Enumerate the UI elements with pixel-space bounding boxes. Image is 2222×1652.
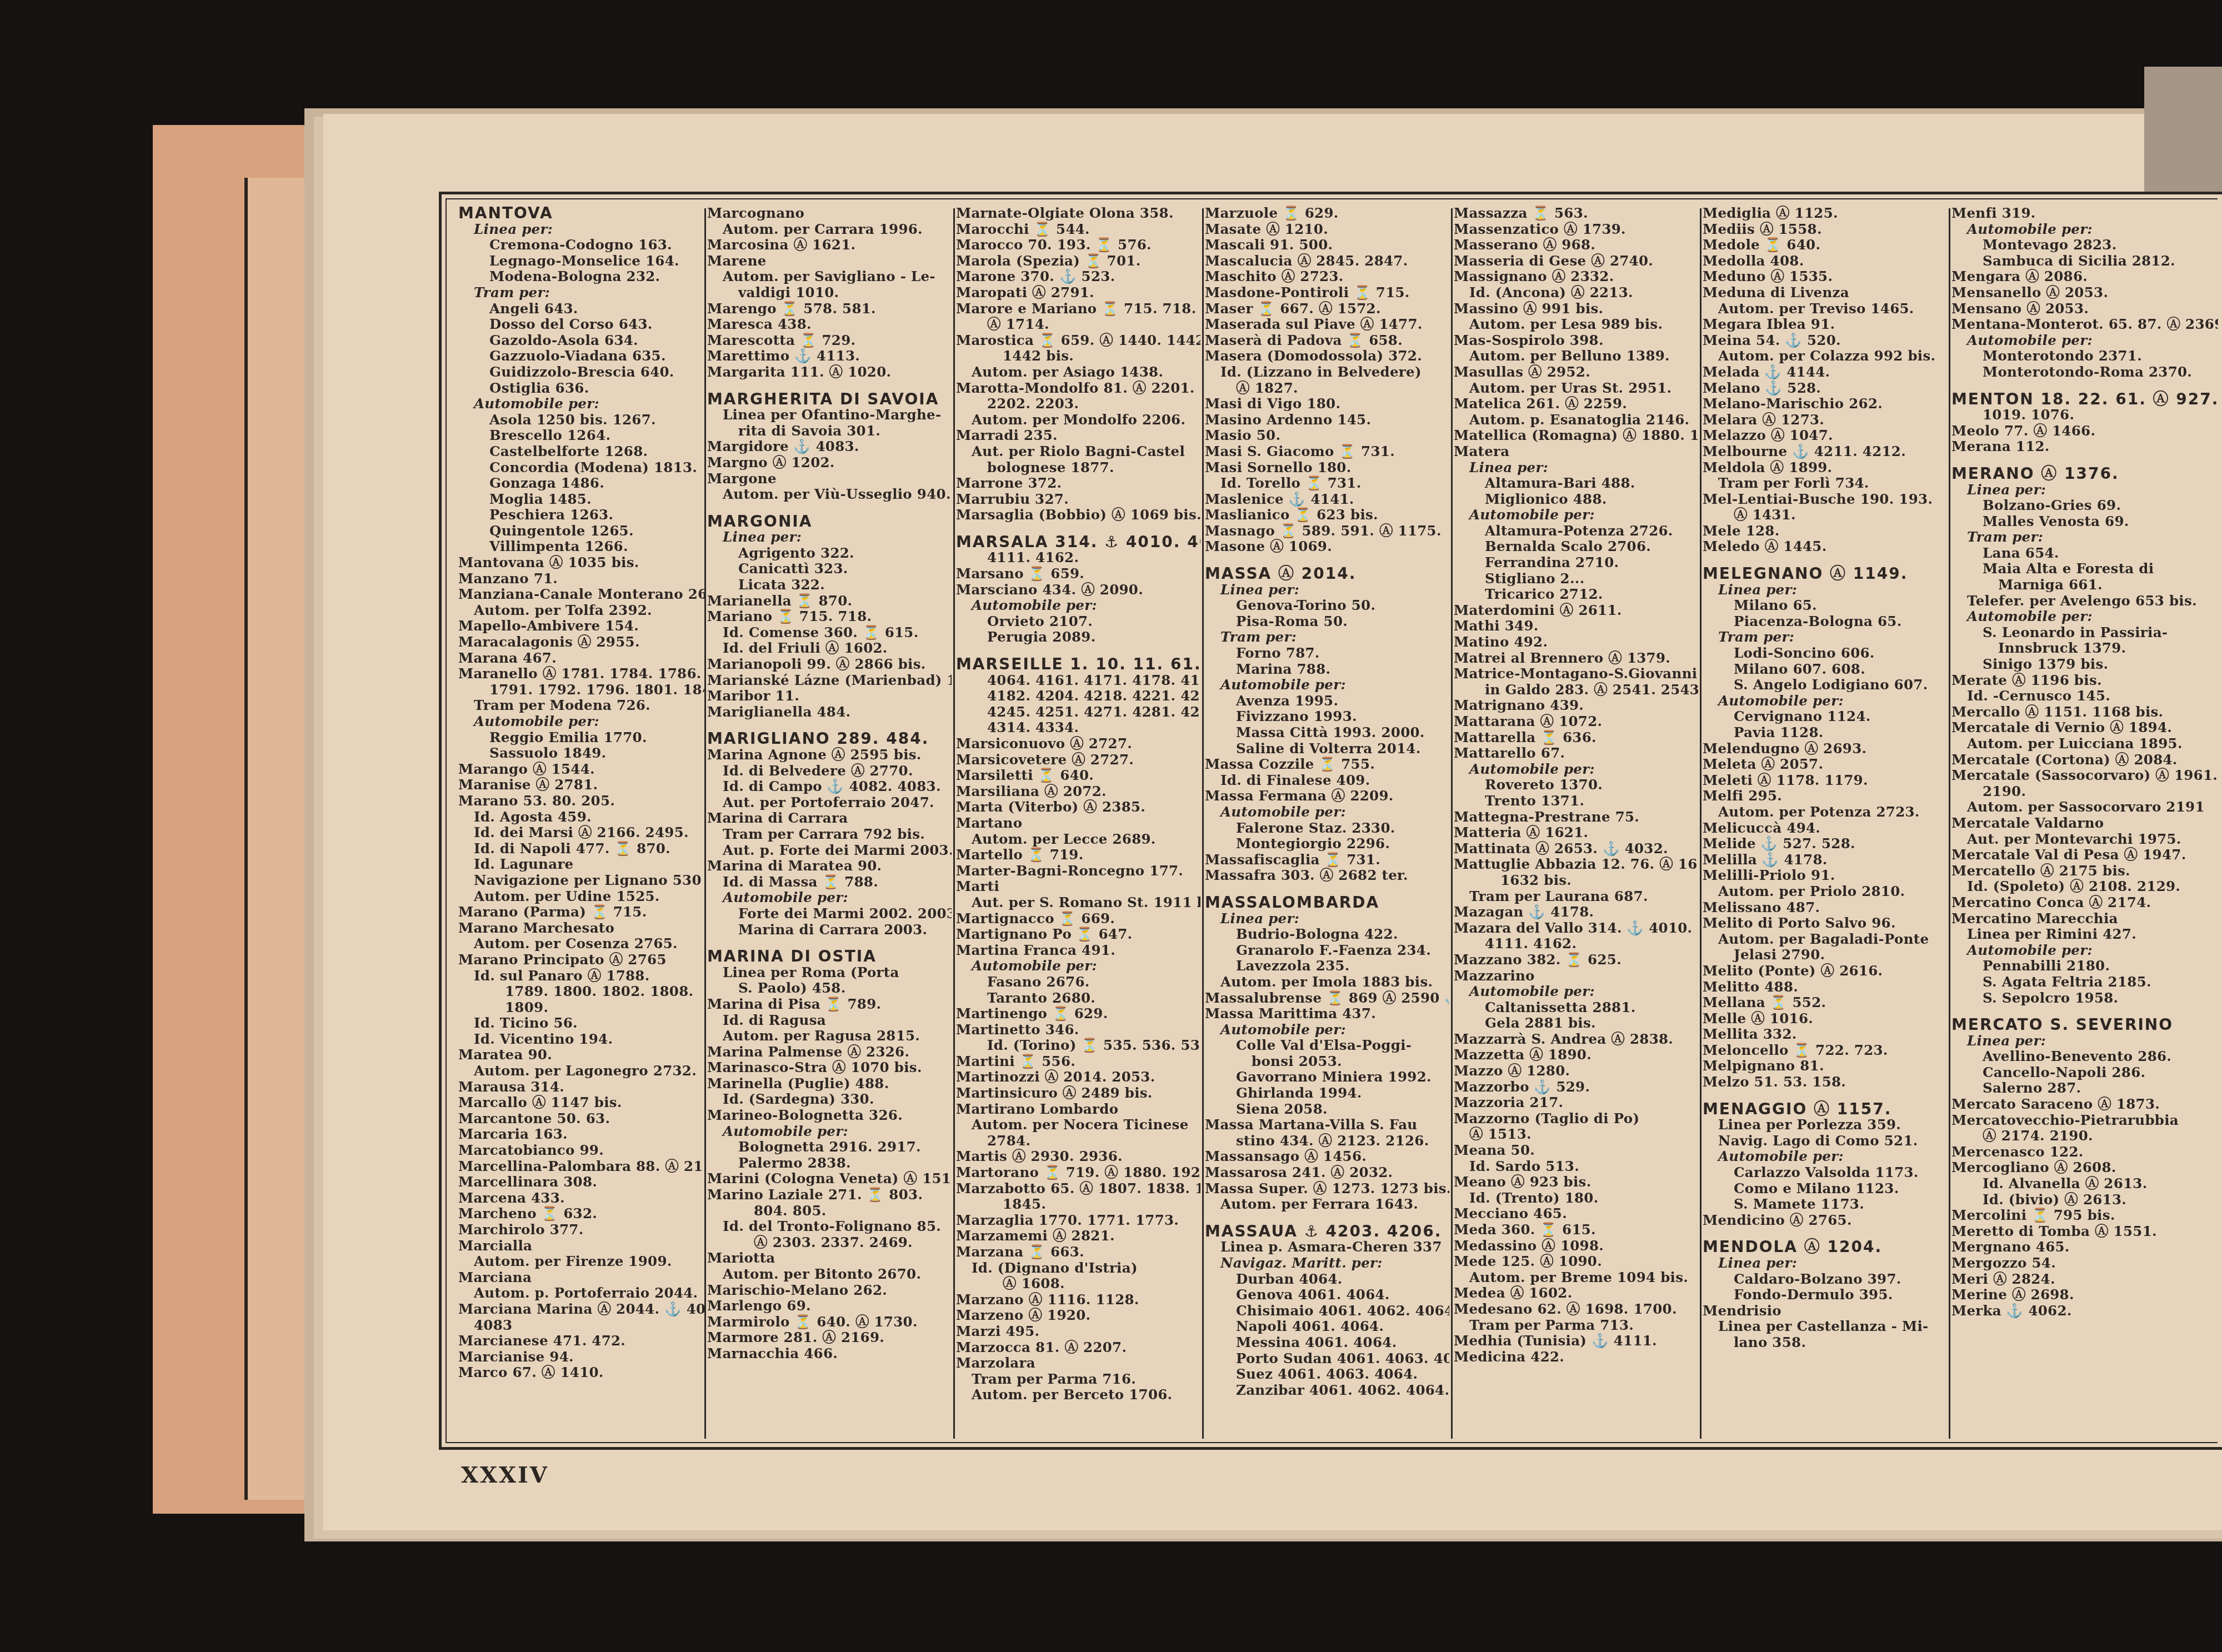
index-entry: Meleta Ⓐ 2057. xyxy=(1703,757,1947,773)
index-entry: Mercatale di Vernio Ⓐ 1894. xyxy=(1951,720,2218,736)
index-entry: Marinella (Puglie) 488. xyxy=(707,1076,952,1092)
index-entry: lano 358. xyxy=(1703,1335,1947,1351)
index-entry: Guidizzolo-Brescia 640. xyxy=(458,364,705,381)
index-entry: Martinetto 346. xyxy=(956,1022,1200,1038)
index-entry: Medhia (Tunisia) ⚓ 4111. xyxy=(1454,1333,1698,1349)
index-entry: Milano 607. 608. xyxy=(1703,662,1947,678)
index-entry: Id. di Massa ⏳ 788. xyxy=(707,874,952,890)
index-entry: Mercallo Ⓐ 1151. 1168 bis. xyxy=(1951,704,2218,720)
index-entry: Linea per: xyxy=(1454,460,1698,476)
index-entry: Aut. per Montevarchi 1975. xyxy=(1951,832,2218,848)
index-column-6: Mediglia Ⓐ 1125.Mediis Ⓐ 1558.Medole ⏳ 6… xyxy=(1703,206,1947,1441)
index-entry: Martirano Lombardo xyxy=(956,1102,1200,1118)
index-entry: Automobile per: xyxy=(707,890,952,906)
index-entry: Id. dei Marsi Ⓐ 2166. 2495. xyxy=(458,825,705,841)
index-entry: Lavezzola 235. xyxy=(1205,958,1449,974)
index-entry: Id. (Lizzano in Belvedere) xyxy=(1205,364,1449,381)
index-entry: Monterotondo 2371. xyxy=(1951,348,2218,364)
index-entry: Automobile per: xyxy=(1454,762,1698,778)
index-entry: Bernalda Scalo 2706. xyxy=(1454,539,1698,555)
index-entry: Martignacco ⏳ 669. xyxy=(956,911,1200,927)
index-heading: MASSAUA ⚓ 4203. 4206. xyxy=(1205,1224,1449,1240)
index-entry: Id. di Belvedere Ⓐ 2770. xyxy=(707,763,952,779)
index-heading: MENDOLA Ⓐ 1204. xyxy=(1703,1239,1947,1255)
index-entry: Meina 54. ⚓ 520. xyxy=(1703,333,1947,349)
index-entry: Mensano Ⓐ 2053. xyxy=(1951,301,2218,317)
index-entry: Autom. per Savigliano - Le- xyxy=(707,269,952,285)
index-entry: Rovereto 1370. xyxy=(1454,777,1698,793)
index-entry: Marone 370. ⚓ 523. xyxy=(956,269,1200,285)
index-entry: Maranello Ⓐ 1781. 1784. 1786. xyxy=(458,666,705,682)
index-entry: Marzaglia 1770. 1771. 1773. xyxy=(956,1213,1200,1229)
index-entry: Melilla ⚓ 4178. xyxy=(1703,852,1947,868)
index-entry: Sassuolo 1849. xyxy=(458,745,705,762)
index-entry: Agrigento 322. xyxy=(707,545,952,562)
index-entry: Linea per Castellanza - Mi- xyxy=(1703,1319,1947,1335)
index-entry: Siena 2058. xyxy=(1205,1102,1449,1118)
index-entry: 1809. xyxy=(458,1000,705,1016)
index-entry: Pisa-Roma 50. xyxy=(1205,614,1449,630)
index-entry: Lana 654. xyxy=(1951,545,2218,562)
index-entry: Cremona-Codogno 163. xyxy=(458,237,705,253)
index-heading: MASSA Ⓐ 2014. xyxy=(1205,566,1449,582)
index-entry: Marini (Cologna Veneta) Ⓐ 1511 xyxy=(707,1171,952,1187)
index-entry: Autom. per Uras St. 2951. xyxy=(1454,381,1698,397)
index-entry: bolognese 1877. xyxy=(956,460,1200,476)
index-entry: Mattuglie Abbazia 12. 76. Ⓐ 1621. xyxy=(1454,857,1698,873)
index-entry: Marcellinara 308. xyxy=(458,1174,705,1190)
index-entry: Marina Agnone Ⓐ 2595 bis. xyxy=(707,747,952,763)
index-entry: Peschiera 1263. xyxy=(458,507,705,523)
index-entry: Carlazzo Valsolda 1173. xyxy=(1703,1165,1947,1181)
index-entry: Massarosa 241. Ⓐ 2032. xyxy=(1205,1165,1449,1181)
index-entry: Marano 53. 80. 205. xyxy=(458,793,705,809)
index-entry: Angeli 643. xyxy=(458,301,705,317)
index-entry: Salerno 287. xyxy=(1951,1080,2218,1097)
index-entry: Marianopoli 99. Ⓐ 2866 bis. xyxy=(707,657,952,673)
index-entry: Autom. per Asiago 1438. xyxy=(956,364,1200,381)
index-entry: Mas-Sospirolo 398. xyxy=(1454,333,1698,349)
index-entry: Marocco 70. 193. ⏳ 576. xyxy=(956,237,1200,253)
index-entry: Ⓐ 2303. 2337. 2469. xyxy=(707,1235,952,1251)
index-entry: Tram per: xyxy=(458,285,705,301)
index-entry: Automobile per: xyxy=(1951,609,2218,625)
index-entry: Mattegna-Prestrane 75. xyxy=(1454,809,1698,825)
index-entry: Marettimo ⚓ 4113. xyxy=(707,348,952,364)
index-entry: Meretto di Tomba Ⓐ 1551. xyxy=(1951,1224,2218,1240)
index-entry: Mecciano 465. xyxy=(1454,1206,1698,1222)
index-entry: Tram per Parma 716. xyxy=(956,1371,1200,1388)
index-entry: 4111. 4162. xyxy=(956,550,1200,566)
index-entry: Massa Marittima 437. xyxy=(1205,1006,1449,1022)
index-entry: Gonzaga 1486. xyxy=(458,475,705,492)
index-entry: Autom. per Colazza 992 bis. xyxy=(1703,348,1947,364)
index-entry: Marano Marchesato xyxy=(458,920,705,937)
index-entry: Navigazione per Lignano 530 xyxy=(458,873,705,889)
index-entry: Matrice-Montagano-S.Giovanni xyxy=(1454,666,1698,682)
index-entry: Masi Sornello 180. xyxy=(1205,460,1449,476)
index-entry: Autom. per Treviso 1465. xyxy=(1703,301,1947,317)
index-entry: Maserà di Padova ⏳ 658. xyxy=(1205,333,1449,349)
column-divider xyxy=(1202,208,1204,1439)
index-entry: Martis Ⓐ 2930. 2936. xyxy=(956,1149,1200,1165)
index-entry: Brescello 1264. xyxy=(458,428,705,444)
index-entry: 1019. 1076. xyxy=(1951,407,2218,423)
index-entry: Massignano Ⓐ 2332. xyxy=(1454,269,1698,285)
index-entry: Villimpenta 1266. xyxy=(458,539,705,555)
index-entry: Mel-Lentiai-Busche 190. 193. xyxy=(1703,492,1947,508)
index-entry: Masullas Ⓐ 2952. xyxy=(1454,364,1698,381)
column-divider xyxy=(1451,208,1453,1439)
index-entry: Meduno Ⓐ 1535. xyxy=(1703,269,1947,285)
index-entry: Linea per: xyxy=(458,222,705,238)
index-entry: Autom. per Potenza 2723. xyxy=(1703,804,1947,820)
index-entry: Autom. per Berceto 1706. xyxy=(956,1387,1200,1403)
index-entry: Marradi 235. xyxy=(956,428,1200,444)
index-entry: S. Paolo) 458. xyxy=(707,980,952,997)
index-entry: Linea per: xyxy=(1205,582,1449,598)
index-entry: Castelbelforte 1268. xyxy=(458,444,705,460)
index-entry: Pavia 1128. xyxy=(1703,725,1947,741)
index-entry: Mattarella ⏳ 636. xyxy=(1454,730,1698,746)
column-divider xyxy=(1700,208,1701,1439)
index-entry: Ⓐ 2174. 2190. xyxy=(1951,1128,2218,1144)
index-column-3: Marnate-Olgiate Olona 358.Marocchi ⏳ 544… xyxy=(956,206,1200,1441)
index-entry: Maratea 90. xyxy=(458,1047,705,1063)
index-entry: Marzocca 81. Ⓐ 2207. xyxy=(956,1340,1200,1356)
index-entry: Id. di Napoli 477. ⏳ 870. xyxy=(458,841,705,857)
index-entry: Autom. per Firenze 1909. xyxy=(458,1254,705,1270)
index-entry: Bolognetta 2916. 2917. xyxy=(707,1139,952,1155)
index-entry: Manziana-Canale Monterano 268. xyxy=(458,587,705,603)
index-entry: Navig. Lago di Como 521. xyxy=(1703,1133,1947,1149)
index-entry: Marinasco-Stra Ⓐ 1070 bis. xyxy=(707,1060,952,1076)
index-entry: Marengo ⏳ 578. 581. xyxy=(707,301,952,317)
index-entry: Autom. per Viù-Usseglio 940. xyxy=(707,487,952,503)
index-entry: Montevago 2823. xyxy=(1951,237,2218,253)
index-entry: Masdone-Pontiroli ⏳ 715. xyxy=(1205,285,1449,301)
index-entry: Marciana xyxy=(458,1270,705,1286)
index-entry: Mercatale (Cortona) Ⓐ 2084. xyxy=(1951,752,2218,768)
index-entry: Mendrisio xyxy=(1703,1303,1947,1319)
index-heading: MARIGLIANO 289. 484. xyxy=(707,731,952,747)
index-entry: Automobile per: xyxy=(1703,1149,1947,1165)
index-entry: Linea per: xyxy=(1703,582,1947,598)
index-entry: Mercenasco 122. xyxy=(1951,1144,2218,1160)
index-entry: Marsaglia (Bobbio) Ⓐ 1069 bis. 1070. xyxy=(956,507,1200,523)
index-entry: Massazza ⏳ 563. xyxy=(1454,206,1698,222)
index-entry: rita di Savoia 301. xyxy=(707,423,952,439)
index-entry: Autom. per Breme 1094 bis. xyxy=(1454,1270,1698,1286)
index-entry: Masera (Domodossola) 372. xyxy=(1205,348,1449,364)
index-entry: Marzuole ⏳ 629. xyxy=(1205,206,1449,222)
index-entry: Marzamemi Ⓐ 2821. xyxy=(956,1228,1200,1244)
index-entry: Marsano ⏳ 659. xyxy=(956,566,1200,582)
index-entry: Mediis Ⓐ 1558. xyxy=(1703,222,1947,238)
index-entry: Melbourne ⚓ 4211. 4212. xyxy=(1703,444,1947,460)
index-entry: Linea per: xyxy=(1703,1255,1947,1271)
index-entry: Automobile per: xyxy=(956,598,1200,614)
index-entry: Medea Ⓐ 1602. xyxy=(1454,1285,1698,1301)
index-entry: Concordia (Modena) 1813. xyxy=(458,460,705,476)
index-entry: S. Leonardo in Passiria- xyxy=(1951,625,2218,641)
index-entry: Mele 128. xyxy=(1703,523,1947,539)
index-entry: Pennabilli 2180. xyxy=(1951,958,2218,974)
index-entry: Marescotta ⏳ 729. xyxy=(707,333,952,349)
index-entry: Matelica 261. Ⓐ 2259. xyxy=(1454,396,1698,412)
index-entry: Linea per: xyxy=(1951,482,2218,498)
index-entry: Mazzorno (Taglio di Po) xyxy=(1454,1111,1698,1127)
index-entry: Margarita 111. Ⓐ 1020. xyxy=(707,364,952,381)
index-entry: Melito di Porto Salvo 96. xyxy=(1703,915,1947,932)
index-entry: S. Agata Feltria 2185. xyxy=(1951,974,2218,990)
index-entry: Automobile per: xyxy=(458,714,705,730)
index-entry: Melissano 487. xyxy=(1703,900,1947,916)
index-entry: Marchirolo 377. xyxy=(458,1222,705,1238)
index-entry: stino 434. Ⓐ 2123. 2126. xyxy=(1205,1133,1449,1149)
index-entry: Massa Martana-Villa S. Fau xyxy=(1205,1117,1449,1133)
index-entry: Id. Alvanella Ⓐ 2613. xyxy=(1951,1176,2218,1192)
index-entry: Autom. per Nocera Ticinese xyxy=(956,1117,1200,1133)
index-column-7: Menfi 319.Automobile per:Montevago 2823.… xyxy=(1951,206,2218,1441)
index-entry: Marzolara xyxy=(956,1355,1200,1371)
index-entry: Melendugno Ⓐ 2693. xyxy=(1703,741,1947,757)
index-entry: Gazzuolo-Viadana 635. xyxy=(458,348,705,364)
index-entry: Marsicovetere Ⓐ 2727. xyxy=(956,752,1200,768)
index-entry: Autom. per Lesa 989 bis. xyxy=(1454,317,1698,333)
index-entry: Porto Sudan 4061. 4063. 4064 xyxy=(1205,1351,1449,1367)
index-entry: Ⓐ 1513. xyxy=(1454,1127,1698,1143)
index-entry: Mattarana Ⓐ 1072. xyxy=(1454,714,1698,730)
index-entry: Avellino-Benevento 286. xyxy=(1951,1049,2218,1065)
index-entry: Marausa 314. xyxy=(458,1079,705,1095)
index-entry: Trento 1371. xyxy=(1454,793,1698,809)
index-entry: Moglia 1485. xyxy=(458,492,705,508)
index-entry: Messina 4061. 4064. xyxy=(1205,1335,1449,1351)
index-entry: Mattarello 67. xyxy=(1454,745,1698,762)
index-entry: Innsbruck 1379. xyxy=(1951,640,2218,657)
index-entry: Marti xyxy=(956,879,1200,895)
index-entry: Id. -Cernusco 145. xyxy=(1951,688,2218,704)
index-entry: Marcianise 94. xyxy=(458,1349,705,1365)
index-heading: MANTOVA xyxy=(458,206,705,222)
index-entry: Napoli 4061. 4064. xyxy=(1205,1319,1449,1335)
index-entry: Masi S. Giacomo ⏳ 731. xyxy=(1205,444,1449,460)
index-entry: Durban 4064. xyxy=(1205,1271,1449,1288)
index-entry: Como e Milano 1123. xyxy=(1703,1181,1947,1197)
index-entry: Canicattì 323. xyxy=(707,561,952,577)
index-entry: Maranise Ⓐ 2781. xyxy=(458,777,705,793)
index-entry: Marana 467. xyxy=(458,650,705,667)
index-entry: Automobile per: xyxy=(1951,333,2218,349)
index-heading: MARGONIA xyxy=(707,514,952,530)
index-entry: Marcianese 471. 472. xyxy=(458,1333,705,1349)
index-entry: Telefer. per Avelengo 653 bis. xyxy=(1951,593,2218,609)
index-entry: Marcantone 50. 63. xyxy=(458,1111,705,1127)
index-entry: Tram per Laurana 687. xyxy=(1454,889,1698,905)
index-entry: 2784. xyxy=(956,1133,1200,1149)
index-entry: Stigliano 2... xyxy=(1454,571,1698,587)
index-entry: Marta (Viterbo) Ⓐ 2385. xyxy=(956,799,1200,815)
index-entry: Mascalucia Ⓐ 2845. 2847. xyxy=(1205,253,1449,269)
index-entry: Chisimaio 4061. 4062. 4064. xyxy=(1205,1303,1449,1319)
index-entry: Materdomini Ⓐ 2611. xyxy=(1454,603,1698,619)
index-entry: Marocchi ⏳ 544. xyxy=(956,222,1200,238)
index-entry: Id. Lagunare xyxy=(458,857,705,873)
index-entry: Marcialla xyxy=(458,1238,705,1254)
index-entry: Melpignano 81. xyxy=(1703,1058,1947,1074)
index-entry: Melano-Marischio 262. xyxy=(1703,396,1947,412)
index-entry: Altamura-Potenza 2726. xyxy=(1454,523,1698,539)
index-entry: Tram per Forlì 734. xyxy=(1703,475,1947,492)
index-entry: Id. sul Panaro Ⓐ 1788. xyxy=(458,968,705,984)
index-entry: Marineo-Bolognetta 326. xyxy=(707,1108,952,1124)
index-entry: Forno 787. xyxy=(1205,645,1449,662)
index-entry: Mapello-Ambivere 154. xyxy=(458,618,705,634)
index-entry: Melzo 51. 53. 158. xyxy=(1703,1074,1947,1090)
index-entry: Melide ⚓ 527. 528. xyxy=(1703,836,1947,852)
index-entry: Licata 322. xyxy=(707,577,952,593)
index-column-1: MANTOVALinea per:Cremona-Codogno 163.Leg… xyxy=(458,206,705,1441)
index-entry: Id. Ticino 56. xyxy=(458,1015,705,1032)
index-entry: 4314. 4334. xyxy=(956,720,1200,736)
index-entry: Matrignano 439. xyxy=(1454,698,1698,714)
index-entry: Mazzarrà S. Andrea Ⓐ 2838. xyxy=(1454,1032,1698,1048)
index-entry: Ⓐ 1827. xyxy=(1205,381,1449,397)
index-entry: Marniga 661. xyxy=(1951,577,2218,593)
index-entry: Gavorrano Miniera 1992. xyxy=(1205,1069,1449,1085)
index-entry: Id. del Friuli Ⓐ 1602. xyxy=(707,640,952,657)
index-entry: Maracalagonis Ⓐ 2955. xyxy=(458,634,705,650)
index-entry: Autom. per Udine 1525. xyxy=(458,889,705,905)
index-heading: MASSALOMBARDA xyxy=(1205,895,1449,911)
index-entry: Matteria Ⓐ 1621. xyxy=(1454,825,1698,841)
index-entry: Navigaz. Maritt. per: xyxy=(1205,1255,1449,1271)
index-entry: Id. di Finalese 409. xyxy=(1205,773,1449,789)
index-entry: Automobile per: xyxy=(1205,804,1449,820)
index-entry: Automobile per: xyxy=(1205,677,1449,693)
index-entry: Linea per: xyxy=(707,529,952,545)
index-entry: Forte dei Marmi 2002. 2003. xyxy=(707,906,952,922)
index-entry: Mazzorbo ⚓ 529. xyxy=(1454,1079,1698,1095)
index-entry: Automobile per: xyxy=(458,396,705,412)
index-entry: S. Sepolcro 1958. xyxy=(1951,990,2218,1007)
index-entry: Genova 4061. 4064. xyxy=(1205,1287,1449,1303)
index-entry: Marnacchia 466. xyxy=(707,1346,952,1362)
index-entry: Cancello-Napoli 286. xyxy=(1951,1065,2218,1081)
index-entry: Maschito Ⓐ 2723. xyxy=(1205,269,1449,285)
index-entry: Massalubrense ⏳ 869 Ⓐ 2590 ⚓ 4091 xyxy=(1205,990,1449,1007)
index-entry: Marcena 433. xyxy=(458,1190,705,1207)
index-entry: Id. di Campo ⚓ 4082. 4083. xyxy=(707,779,952,795)
index-entry: Automobile per: xyxy=(1205,1022,1449,1038)
index-entry: Maropati Ⓐ 2791. xyxy=(956,285,1200,301)
index-entry: 4083 xyxy=(458,1318,705,1334)
index-entry: Mercatino Conca Ⓐ 2174. xyxy=(1951,895,2218,911)
index-heading: MENAGGIO Ⓐ 1157. xyxy=(1703,1102,1947,1118)
index-entry: Maia Alta e Foresta di xyxy=(1951,561,2218,577)
index-entry: Masone Ⓐ 1069. xyxy=(1205,539,1449,555)
index-entry: Ostiglia 636. xyxy=(458,381,705,397)
index-entry: Automobile per: xyxy=(1703,693,1947,709)
index-entry: Autom. per Carrara 1996. xyxy=(707,222,952,238)
index-entry: Linea per Roma (Porta xyxy=(707,965,952,981)
index-entry: Meledo Ⓐ 1445. xyxy=(1703,539,1947,555)
book-edge xyxy=(2144,67,2222,194)
index-entry: Merka ⚓ 4062. xyxy=(1951,1303,2218,1319)
index-entry: Id. (Torino) ⏳ 535. 536. 537. xyxy=(956,1038,1200,1054)
index-entry: Mazzetta Ⓐ 1890. xyxy=(1454,1047,1698,1063)
index-entry: Meolo 77. Ⓐ 1466. xyxy=(1951,423,2218,439)
page-number: XXXIV xyxy=(461,1462,549,1488)
index-entry: Tram per Modena 726. xyxy=(458,698,705,714)
index-column-5: Massazza ⏳ 563.Massenzatico Ⓐ 1739.Masse… xyxy=(1454,206,1698,1441)
index-entry: Masserano Ⓐ 968. xyxy=(1454,237,1698,253)
index-entry: Granarolo F.-Faenza 234. xyxy=(1205,943,1449,959)
index-entry: Marcellina-Palombara 88. Ⓐ 2115. xyxy=(458,1159,705,1175)
index-entry: Mercatale Valdarno xyxy=(1951,815,2218,832)
index-heading: MENTON 18. 22. 61. Ⓐ 927. xyxy=(1951,392,2218,408)
index-entry: Massafra 303. Ⓐ 2682 ter. xyxy=(1205,868,1449,884)
index-entry: Margidore ⚓ 4083. xyxy=(707,439,952,455)
index-entry: Id. di Ragusa xyxy=(707,1013,952,1029)
index-entry: Marango Ⓐ 1544. xyxy=(458,762,705,778)
index-entry: Marcaria 163. xyxy=(458,1127,705,1143)
index-entry: Melfi 295. xyxy=(1703,788,1947,804)
index-entry: Sinigo 1379 bis. xyxy=(1951,657,2218,673)
index-entry: Marene xyxy=(707,253,952,269)
index-entry: Id. Vicentino 194. xyxy=(458,1032,705,1048)
index-entry: Id. (Dignano d'Istria) xyxy=(956,1260,1200,1276)
index-entry: Mellita 332. xyxy=(1703,1027,1947,1043)
column-divider xyxy=(704,208,706,1439)
index-entry: Milano 65. xyxy=(1703,598,1947,614)
index-entry: Medicina 422. xyxy=(1454,1349,1698,1365)
index-entry: Jelasi 2790. xyxy=(1703,947,1947,963)
index-entry: Martina Franca 491. xyxy=(956,943,1200,959)
index-heading: MERCATO S. SEVERINO xyxy=(1951,1017,2218,1033)
index-entry: Marischio-Melano 262. xyxy=(707,1283,952,1299)
index-entry: Melano ⚓ 528. xyxy=(1703,381,1947,397)
index-entry: Perugia 2089. xyxy=(956,629,1200,645)
index-entry: Bolzano-Gries 69. xyxy=(1951,498,2218,514)
index-entry: Mercatovecchio-Pietrarubbia xyxy=(1951,1113,2218,1129)
index-entry: Marrubiu 327. xyxy=(956,492,1200,508)
index-entry: Ghirlanda 1994. xyxy=(1205,1085,1449,1102)
index-entry: Lodi-Soncino 606. xyxy=(1703,645,1947,662)
index-entry: Marciana Marina Ⓐ 2044. ⚓ 4082. xyxy=(458,1301,705,1318)
index-entry: Marsciano 434. Ⓐ 2090. xyxy=(956,582,1200,598)
index-entry: Matellica (Romagna) Ⓐ 1880. 1921. xyxy=(1454,428,1698,444)
index-entry: Mercatale Val di Pesa Ⓐ 1947. xyxy=(1951,847,2218,863)
index-entry: Mariotta xyxy=(707,1250,952,1266)
index-entry: Marlengo 69. xyxy=(707,1298,952,1314)
index-entry: Autom. per Bitonto 2670. xyxy=(707,1266,952,1283)
index-entry: Matrei al Brennero Ⓐ 1379. xyxy=(1454,650,1698,667)
index-entry: Ferrandina 2710. xyxy=(1454,555,1698,571)
index-entry: Meleti Ⓐ 1178. 1179. xyxy=(1703,773,1947,789)
index-entry: Melito (Ponte) Ⓐ 2616. xyxy=(1703,963,1947,979)
index-entry: Massa Super. Ⓐ 1273. 1273 bis. xyxy=(1205,1181,1449,1197)
index-entry: Autom. per Sassocorvaro 2191 xyxy=(1951,799,2218,815)
index-entry: Menfi 319. xyxy=(1951,206,2218,222)
index-entry: Mendicino Ⓐ 2765. xyxy=(1703,1213,1947,1229)
index-entry: Marsiletti ⏳ 640. xyxy=(956,768,1200,784)
index-entry: Melilli-Priolo 91. xyxy=(1703,868,1947,884)
index-entry: Meda 360. ⏳ 615. xyxy=(1454,1222,1698,1238)
index-entry: Malles Venosta 69. xyxy=(1951,514,2218,530)
index-entry: Merine Ⓐ 2698. xyxy=(1951,1287,2218,1303)
